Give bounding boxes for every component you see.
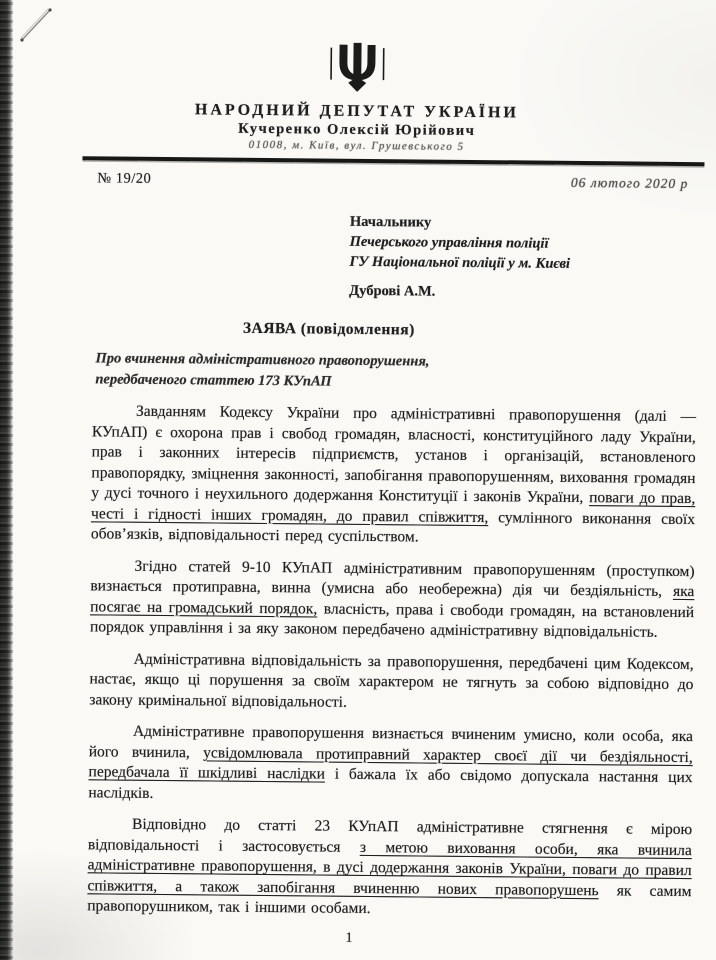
ukraine-trident-icon xyxy=(326,39,389,96)
reference-number: № 19/20 xyxy=(97,170,151,188)
letterhead-rule xyxy=(82,156,704,166)
reference-row: № 19/20 06 лютого 2020 р xyxy=(97,170,688,193)
recipient-block: Начальнику Печерського управління поліці… xyxy=(349,212,714,304)
body-paragraph: Відповідно до статті 23 КУпАП адміністра… xyxy=(87,814,692,922)
body-paragraph: Адміністративна відповідальність за прав… xyxy=(89,649,694,716)
recipient-line: ГУ Національної поліції у м. Києві xyxy=(349,252,713,275)
body-paragraph: Згідно статей 9-10 КУпАП адміністративни… xyxy=(90,556,695,644)
page-content: НАРОДНИЙ ДЕПУТАТ УКРАЇНИ Кучеренко Олекс… xyxy=(0,0,716,950)
recipient-name: Дуброві А.М. xyxy=(349,281,713,304)
letterhead: НАРОДНИЙ ДЕПУТАТ УКРАЇНИ Кучеренко Олекс… xyxy=(47,0,668,156)
subject-line: передбаченого статтею 173 КУпАП xyxy=(95,369,694,396)
body-paragraph: Завданням Кодексу України про адміністра… xyxy=(91,401,696,550)
document-title: ЗАЯВА (повідомлення) xyxy=(0,317,687,342)
page-number: 1 xyxy=(0,927,707,950)
body-text: Завданням Кодексу України про адміністра… xyxy=(87,401,696,922)
body-paragraph: Адміністративне правопорушення визнаєтьс… xyxy=(88,721,693,809)
subject-block: Про вчинення адміністративного правопору… xyxy=(95,348,694,396)
reference-date: 06 лютого 2020 р xyxy=(571,175,688,192)
scanned-document-page: НАРОДНИЙ ДЕПУТАТ УКРАЇНИ Кучеренко Олекс… xyxy=(0,0,716,960)
